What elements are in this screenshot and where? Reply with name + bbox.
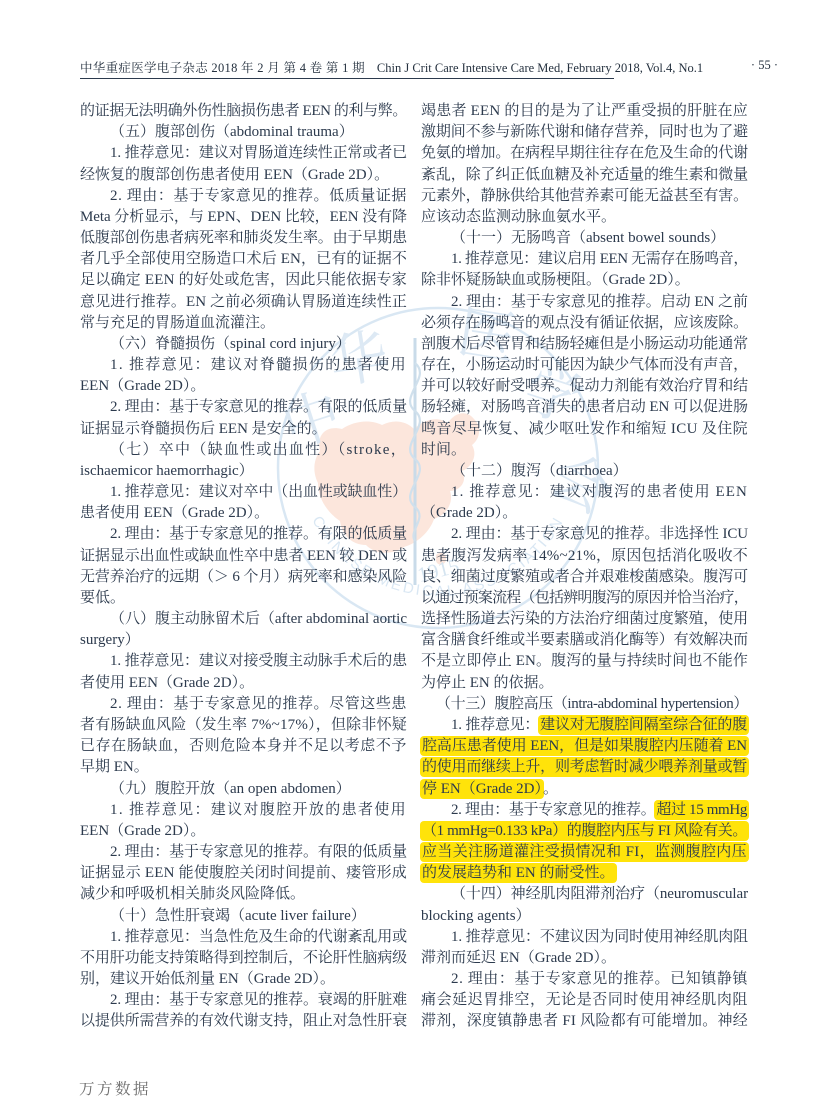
text-line: 肠轻瘫，对肠鸣音消失的患者启动 EN 可以促进肠: [421, 397, 748, 418]
text-line-content: 1. 推荐意见：建议对接受腹主动脉手术后的患: [110, 651, 407, 672]
text-line: 足以确定 EEN 的好处或危害，因此只能依据专家: [80, 270, 407, 291]
text-span: 证据显示脊髓损伤后 EEN 是安全的。: [80, 421, 327, 437]
text-line-content: 良、细菌过度繁殖或者合并艰难梭菌感染。腹泻可: [421, 567, 748, 588]
text-line: 以通过预案流程（包括辨明腹泻的原因并恰当治疗，: [421, 588, 748, 609]
text-span: 1. 推荐意见：当急性危及生命的代谢紊乱用或: [110, 929, 407, 945]
text-span: 要低。: [80, 590, 125, 606]
text-line-content: 意见进行推荐。EN 之前必须确认胃肠道连续性正: [80, 292, 407, 313]
text-span: 无营养治疗的远期（＞ 6 个月）病死率和感染风险: [80, 569, 407, 585]
text-line: （十三）腹腔高压（intra-abdominal hypertension）: [421, 694, 748, 715]
text-span: 存在，小肠运动时可能因为缺少气体而没有声音，: [421, 357, 748, 373]
text-span: 患者使用 EEN（Grade 2D）。: [80, 505, 269, 521]
text-span: 时间。: [421, 442, 466, 458]
text-span: 的证据无法明确外伤性脑损伤患者 EEN 的利与弊。: [80, 103, 407, 119]
page-number: · 55 ·: [751, 58, 778, 73]
text-line-content: 富含膳食纤维或半要素膳或消化酶等）有效解决而: [421, 630, 748, 651]
text-line: （七）卒中（缺血性或出血性）（stroke，: [80, 440, 407, 461]
text-line: EEN（Grade 2D）。: [80, 376, 407, 397]
journal-page: 中华重症医学电子杂志 2018 年 2 月 第 4 卷 第 1 期Chin J …: [0, 0, 825, 1111]
column-left: 的证据无法明确外伤性脑损伤患者 EEN 的利与弊。（五）腹部创伤（abdomin…: [80, 101, 407, 1033]
text-line: 1. 推荐意见：建议对脊髓损伤的患者使用: [80, 355, 407, 376]
text-span: 以提供所需营养的有效代谢支持，阻止对急性肝衰: [80, 1013, 407, 1029]
text-line-content: 1. 推荐意见：不建议因为同时使用神经肌肉阻: [451, 927, 748, 948]
journal-title-en: Chin J Crit Care Intensive Care Med, Feb…: [377, 61, 703, 75]
highlight-span: 超过 15 mmHg: [654, 800, 749, 820]
text-span: （五）腹部创伤（abdominal trauma）: [110, 124, 354, 140]
text-line-content: blocking agents）: [421, 906, 531, 927]
text-line: 的发展趋势和 EN 的耐受性。: [421, 863, 748, 884]
text-span: 以通过预案流程（包括辨明腹泻的原因并恰当治疗，: [421, 590, 748, 606]
text-line-content: 2. 理由：基于专家意见的推荐。非选择性 ICU: [451, 524, 748, 545]
text-span: （十一）无肠鸣音（absent bowel sounds）: [451, 230, 725, 246]
text-line: 1. 推荐意见：当急性危及生命的代谢紊乱用或: [80, 927, 407, 948]
text-span: 1. 推荐意见：建议对脊髓损伤的患者使用: [110, 357, 407, 373]
text-line-content: 剖腹术后尽管胃和结肠轻瘫但是小肠运动功能通常: [421, 334, 748, 355]
text-line: 并可以较好耐受喂养。促动力剂能有效治疗胃和结: [421, 376, 748, 397]
text-line: 证据显示脊髓损伤后 EEN 是安全的。: [80, 419, 407, 440]
text-line-content: ischaemicor haemorrhagic）: [80, 461, 254, 482]
text-line: （十）急性肝衰竭（acute liver failure）: [80, 906, 407, 927]
text-span: blocking agents）: [421, 908, 531, 924]
text-line-content: （十三）腹腔高压（intra-abdominal hypertension）: [436, 694, 748, 715]
text-line: 痛会延迟胃排空，无论是否同时使用神经肌肉阻: [421, 990, 748, 1011]
text-line-content: 证据显示脊髓损伤后 EEN 是安全的。: [80, 419, 327, 440]
text-line: EEN（Grade 2D）。: [80, 821, 407, 842]
text-span: surgery）: [80, 632, 140, 648]
text-span: 患者腹泻发病率 14%~21%，原因包括消化吸收不: [421, 548, 748, 564]
text-line: （十一）无肠鸣音（absent bowel sounds）: [421, 228, 748, 249]
text-line: 者使用 EEN（Grade 2D）。: [80, 673, 407, 694]
text-span: 2. 理由：基于专家意见的推荐。已知镇静镇: [451, 971, 748, 987]
text-line-content: Meta 分析显示，与 EPN、DEN 比较，EEN 没有降: [80, 207, 407, 228]
text-line-content: （九）腹腔开放（an open abdomen）: [110, 779, 351, 800]
text-line-content: 时间。: [421, 440, 466, 461]
text-line-content: 1. 推荐意见：建议启用 EEN 无需存在肠鸣音，: [451, 249, 748, 270]
text-line: 1. 推荐意见：建议对无腹腔间隔室综合征的腹: [421, 715, 748, 736]
text-span: 紊乱，除了纠正低血糖及补充适量的维生素和微量: [421, 167, 748, 183]
text-span: 常与充足的胃肠道血流灌注。: [80, 315, 275, 331]
text-line-content: 停 EN（Grade 2D）。: [421, 779, 558, 800]
text-line: 证据显示 EEN 能使腹腔关闭时间提前、瘘管形成: [80, 863, 407, 884]
text-line-content: 不是立即停止 EN。腹泻的量与持续时间也不能作: [421, 651, 748, 672]
column-right: 竭患者 EEN 的目的是为了让严重受损的肝脏在应激期间不参与新陈代谢和储存营养，…: [421, 101, 748, 1033]
text-span: 2. 理由：基于专家意见的推荐。有限的低质量: [110, 399, 407, 415]
text-line-content: （1 mmHg=0.133 kPa）的腹腔内压与 FI 风险有关。: [421, 821, 748, 842]
text-line-content: 减少和呼吸机相关肺炎风险降低。: [80, 884, 305, 905]
text-line-content: EEN（Grade 2D）。: [80, 376, 205, 397]
text-line-content: 痛会延迟胃排空，无论是否同时使用神经肌肉阻: [421, 990, 748, 1011]
highlight-span: 建议对无腹腔间隔室综合征的腹: [538, 715, 749, 735]
text-span: 并可以较好耐受喂养。促动力剂能有效治疗胃和结: [421, 378, 748, 394]
text-line: 2. 理由：基于专家意见的推荐。已知镇静镇: [421, 969, 748, 990]
text-span: 选择性肠道去污染的方法治疗细菌过度繁殖，使用: [421, 611, 748, 627]
text-line: 以提供所需营养的有效代谢支持，阻止对急性肝衰: [80, 1011, 407, 1032]
text-line: 1. 推荐意见：不建议因为同时使用神经肌肉阻: [421, 927, 748, 948]
text-line-content: 1. 推荐意见：建议对胃肠道连续性正常或者已: [110, 143, 407, 164]
text-line: 1. 推荐意见：建议对腹泻的患者使用 EEN: [421, 482, 748, 503]
text-line: 应当关注肠道灌注受损情况和 FI，监测腹腔内压: [421, 842, 748, 863]
text-span: （九）腹腔开放（an open abdomen）: [110, 781, 351, 797]
text-line: 患者使用 EEN（Grade 2D）。: [80, 503, 407, 524]
text-line-content: 紊乱，除了纠正低血糖及补充适量的维生素和微量: [421, 165, 748, 186]
text-line: 为停止 EN 的依据。: [421, 673, 748, 694]
text-span: 减少和呼吸机相关肺炎风险降低。: [80, 886, 305, 902]
text-line: 2. 理由：基于专家意见的推荐。有限的低质量: [80, 397, 407, 418]
text-line: 停 EN（Grade 2D）。: [421, 779, 748, 800]
text-line: 已存在肠缺血，否则危险本身并不足以考虑不予: [80, 736, 407, 757]
text-line: 富含膳食纤维或半要素膳或消化酶等）有效解决而: [421, 630, 748, 651]
text-span: 必须存在肠鸣音的观点没有循证依据，应该废除。: [421, 315, 748, 331]
text-span: 证据显示出血性或缺血性卒中患者 EEN 较 DEN 或: [80, 548, 407, 564]
text-line: 应该动态监测动脉血氨水平。: [421, 207, 748, 228]
text-line-content: 不用肝功能支持策略得到控制后，不论肝性脑病级: [80, 948, 407, 969]
journal-title-cn: 中华重症医学电子杂志 2018 年 2 月 第 4 卷 第 1 期: [80, 61, 365, 75]
text-line-content: 除非怀疑肠缺血或肠梗阻。（Grade 2D）。: [421, 270, 690, 291]
highlight-span: 腔高压患者使用 EEN，但是如果腹腔内压随着 EN: [420, 736, 749, 756]
text-line-content: 肠轻瘫，对肠鸣音消失的患者启动 EN 可以促进肠: [421, 397, 748, 418]
text-line: （十二）腹泻（diarrhoea）: [421, 461, 748, 482]
highlight-span: 停 EN（Grade 2D）: [420, 779, 544, 799]
text-line-content: 免氨的增加。在病程早期往往存在危及生命的代谢: [421, 143, 748, 164]
text-line-content: 的证据无法明确外伤性脑损伤患者 EEN 的利与弊。: [80, 101, 407, 122]
text-line-content: 鸣音尽早恢复、减少呕吐发作和缩短 ICU 及住院: [421, 419, 748, 440]
text-span: 者有肠缺血风险（发生率 7%~17%），但除非怀疑: [80, 717, 407, 733]
text-span: 1. 推荐意见：建议对腹腔开放的患者使用: [110, 802, 407, 818]
text-line-content: 别，建议开始低剂量 EN（Grade 2D）。: [80, 969, 335, 990]
text-span: ischaemicor haemorrhagic）: [80, 463, 254, 479]
text-span: 2. 理由：基于专家意见的推荐。衰竭的肝脏难: [110, 992, 407, 1008]
text-line-content: 存在，小肠运动时可能因为缺少气体而没有声音，: [421, 355, 748, 376]
text-line: 减少和呼吸机相关肺炎风险降低。: [80, 884, 407, 905]
text-line: 1. 推荐意见：建议对卒中（出血性或缺血性）: [80, 482, 407, 503]
text-span: 足以确定 EEN 的好处或危害，因此只能依据专家: [80, 272, 407, 288]
text-span: 2. 理由：基于专家意见的推荐。启动 EN 之前: [451, 294, 748, 310]
text-line-content: 证据显示 EEN 能使腹腔关闭时间提前、瘘管形成: [80, 863, 407, 884]
text-line-content: 必须存在肠鸣音的观点没有循证依据，应该废除。: [421, 313, 748, 334]
text-line: 的证据无法明确外伤性脑损伤患者 EEN 的利与弊。: [80, 101, 407, 122]
text-span: （十二）腹泻（diarrhoea）: [451, 463, 628, 479]
text-line-content: 滞剂，深度镇静患者 FI 风险都有可能增加。神经: [421, 1011, 748, 1032]
text-line-content: 1. 推荐意见：建议对脊髓损伤的患者使用: [110, 355, 407, 376]
text-line: 滞剂而延迟 EN（Grade 2D）。: [421, 948, 748, 969]
text-line: 2. 理由：基于专家意见的推荐。衰竭的肝脏难: [80, 990, 407, 1011]
text-span: 元素外，静脉供给其他营养素可能无益甚至有害。: [421, 188, 748, 204]
wanfang-watermark: 万方数据: [79, 1077, 151, 1099]
text-line-content: 竭患者 EEN 的目的是为了让严重受损的肝脏在应: [421, 101, 748, 122]
text-line: 经恢复的腹部创伤患者使用 EEN（Grade 2D）。: [80, 165, 407, 186]
text-line: 竭患者 EEN 的目的是为了让严重受损的肝脏在应: [421, 101, 748, 122]
text-line: 者有肠缺血风险（发生率 7%~17%），但除非怀疑: [80, 715, 407, 736]
text-span: 良、细菌过度繁殖或者合并艰难梭菌感染。腹泻可: [421, 569, 748, 585]
text-span: 1. 推荐意见：: [451, 717, 539, 733]
text-line: 要低。: [80, 588, 407, 609]
text-span: 1. 推荐意见：建议对接受腹主动脉手术后的患: [110, 653, 407, 669]
text-line-content: （五）腹部创伤（abdominal trauma）: [110, 122, 354, 143]
text-span: （十）急性肝衰竭（acute liver failure）: [110, 908, 366, 924]
text-line: 别，建议开始低剂量 EN（Grade 2D）。: [80, 969, 407, 990]
text-line: 2. 理由：基于专家意见的推荐。超过 15 mmHg: [421, 800, 748, 821]
text-line-content: 2. 理由：基于专家意见的推荐。有限的低质量: [110, 524, 407, 545]
text-span: 肠轻瘫，对肠鸣音消失的患者启动 EN 可以促进肠: [421, 399, 748, 415]
highlight-span: 应当关注肠道灌注受损情况和 FI，监测腹腔内压: [420, 842, 749, 862]
text-line-content: 并可以较好耐受喂养。促动力剂能有效治疗胃和结: [421, 376, 748, 397]
text-span: 1. 推荐意见：不建议因为同时使用神经肌肉阻: [451, 929, 748, 945]
text-line-content: 以提供所需营养的有效代谢支持，阻止对急性肝衰: [80, 1011, 407, 1032]
text-line: （八）腹主动脉留术后（after abdominal aortic: [80, 609, 407, 630]
text-line-content: 1. 推荐意见：建议对卒中（出血性或缺血性）: [110, 482, 407, 503]
text-line-content: 者有肠缺血风险（发生率 7%~17%），但除非怀疑: [80, 715, 407, 736]
text-span: EEN（Grade 2D）。: [80, 823, 205, 839]
text-line: 鸣音尽早恢复、减少呕吐发作和缩短 ICU 及住院: [421, 419, 748, 440]
text-line-content: 应该动态监测动脉血氨水平。: [421, 207, 616, 228]
text-span: 证据显示 EEN 能使腹腔关闭时间提前、瘘管形成: [80, 865, 407, 881]
text-line-content: 低腹部创伤患者病死率和肺炎发生率。由于早期患: [80, 228, 407, 249]
text-line: 2. 理由：基于专家意见的推荐。非选择性 ICU: [421, 524, 748, 545]
text-span: 不用肝功能支持策略得到控制后，不论肝性脑病级: [80, 950, 407, 966]
text-span: 鸣音尽早恢复、减少呕吐发作和缩短 ICU 及住院: [421, 421, 748, 437]
text-line-content: 经恢复的腹部创伤患者使用 EEN（Grade 2D）。: [80, 165, 389, 186]
text-line: 不是立即停止 EN。腹泻的量与持续时间也不能作: [421, 651, 748, 672]
text-line: 不用肝功能支持策略得到控制后，不论肝性脑病级: [80, 948, 407, 969]
text-line: （1 mmHg=0.133 kPa）的腹腔内压与 FI 风险有关。: [421, 821, 748, 842]
text-span: 2. 理由：基于专家意见的推荐。低质量证据: [110, 188, 407, 204]
text-span: 1. 推荐意见：建议对卒中（出血性或缺血性）: [110, 484, 407, 500]
text-line-content: 滞剂而延迟 EN（Grade 2D）。: [421, 948, 616, 969]
page-header: 中华重症医学电子杂志 2018 年 2 月 第 4 卷 第 1 期Chin J …: [80, 58, 778, 74]
text-line: surgery）: [80, 630, 407, 651]
text-span: 为停止 EN 的依据。: [421, 675, 554, 691]
text-line-content: 2. 理由：基于专家意见的推荐。衰竭的肝脏难: [110, 990, 407, 1011]
text-span: 竭患者 EEN 的目的是为了让严重受损的肝脏在应: [421, 103, 748, 119]
text-span: 意见进行推荐。EN 之前必须确认胃肠道连续性正: [80, 294, 407, 310]
text-span: 滞剂而延迟 EN（Grade 2D）。: [421, 950, 616, 966]
text-line-content: EEN（Grade 2D）。: [80, 821, 205, 842]
text-line: （十四）神经肌肉阻滞剂治疗（neuromuscular: [421, 884, 748, 905]
text-span: 剖腹术后尽管胃和结肠轻瘫但是小肠运动功能通常: [421, 336, 748, 352]
text-line: 腔高压患者使用 EEN，但是如果腹腔内压随着 EN: [421, 736, 748, 757]
text-span: 2. 理由：基于专家意见的推荐。: [451, 802, 655, 818]
text-line-content: 1. 推荐意见：建议对腹腔开放的患者使用: [110, 800, 407, 821]
text-line: 必须存在肠鸣音的观点没有循证依据，应该废除。: [421, 313, 748, 334]
text-span: （十四）神经肌肉阻滞剂治疗（neuromuscular: [451, 886, 748, 902]
text-line: 证据显示出血性或缺血性卒中患者 EEN 较 DEN 或: [80, 546, 407, 567]
text-line-content: 的发展趋势和 EN 的耐受性。: [421, 863, 616, 884]
text-line-content: 常与充足的胃肠道血流灌注。: [80, 313, 275, 334]
text-line: 2. 理由：基于专家意见的推荐。有限的低质量: [80, 524, 407, 545]
text-line: 患者腹泻发病率 14%~21%，原因包括消化吸收不: [421, 546, 748, 567]
text-line: 2. 理由：基于专家意见的推荐。有限的低质量: [80, 842, 407, 863]
text-line: 1. 推荐意见：建议启用 EEN 无需存在肠鸣音，: [421, 249, 748, 270]
text-line-content: 选择性肠道去污染的方法治疗细菌过度繁殖，使用: [421, 609, 748, 630]
text-span: 1. 推荐意见：建议启用 EEN 无需存在肠鸣音，: [451, 251, 748, 267]
text-line-content: 2. 理由：基于专家意见的推荐。已知镇静镇: [451, 969, 748, 990]
text-span: 痛会延迟胃排空，无论是否同时使用神经肌肉阻: [421, 992, 748, 1008]
text-span: Meta 分析显示，与 EPN、DEN 比较，EEN 没有降: [80, 209, 407, 225]
text-line-content: 早期 EN。: [80, 757, 149, 778]
text-line-content: 2. 理由：基于专家意见的推荐。启动 EN 之前: [451, 292, 748, 313]
text-line-content: 应当关注肠道灌注受损情况和 FI，监测腹腔内压: [421, 842, 748, 863]
text-line: （六）脊髓损伤（spinal cord injury）: [80, 334, 407, 355]
text-span: 富含膳食纤维或半要素膳或消化酶等）有效解决而: [421, 632, 748, 648]
text-line: 时间。: [421, 440, 748, 461]
highlight-span: 的发展趋势和 EN 的耐受性。: [420, 863, 617, 883]
text-line: 1. 推荐意见：建议对胃肠道连续性正常或者已: [80, 143, 407, 164]
text-span: （十三）腹腔高压（intra-abdominal hypertension）: [436, 696, 748, 712]
text-line: ischaemicor haemorrhagic）: [80, 461, 407, 482]
text-line: blocking agents）: [421, 906, 748, 927]
text-line: 免氨的增加。在病程早期往往存在危及生命的代谢: [421, 143, 748, 164]
text-span: 别，建议开始低剂量 EN（Grade 2D）。: [80, 971, 335, 987]
text-line: 紊乱，除了纠正低血糖及补充适量的维生素和微量: [421, 165, 748, 186]
text-span: （Grade 2D）。: [421, 505, 517, 521]
text-span: 者使用 EEN（Grade 2D）。: [80, 675, 254, 691]
text-line-content: 元素外，静脉供给其他营养素可能无益甚至有害。: [421, 186, 748, 207]
text-span: 。: [543, 781, 558, 797]
text-line-content: （Grade 2D）。: [421, 503, 517, 524]
text-line-content: 2. 理由：基于专家意见的推荐。尽管这些患: [110, 694, 407, 715]
text-line: 滞剂，深度镇静患者 FI 风险都有可能增加。神经: [421, 1011, 748, 1032]
text-span: 经恢复的腹部创伤患者使用 EEN（Grade 2D）。: [80, 167, 389, 183]
text-line: 2. 理由：基于专家意见的推荐。尽管这些患: [80, 694, 407, 715]
text-span: 2. 理由：基于专家意见的推荐。尽管这些患: [110, 696, 407, 712]
text-line-content: （十）急性肝衰竭（acute liver failure）: [110, 906, 366, 927]
text-line-content: 无营养治疗的远期（＞ 6 个月）病死率和感染风险: [80, 567, 407, 588]
text-span: EEN（Grade 2D）。: [80, 378, 205, 394]
text-line-content: 2. 理由：基于专家意见的推荐。有限的低质量: [110, 397, 407, 418]
text-line-content: 患者使用 EEN（Grade 2D）。: [80, 503, 269, 524]
text-line-content: 者几乎全部使用空肠造口术后 EN，已有的证据不: [80, 249, 407, 270]
text-line-content: 已存在肠缺血，否则危险本身并不足以考虑不予: [80, 736, 407, 757]
text-span: 早期 EN。: [80, 759, 149, 775]
text-span: 1. 推荐意见：建议对胃肠道连续性正常或者已: [110, 145, 407, 161]
text-line-content: 2. 理由：基于专家意见的推荐。有限的低质量: [110, 842, 407, 863]
text-span: 已存在肠缺血，否则危险本身并不足以考虑不予: [80, 738, 407, 754]
text-line: 剖腹术后尽管胃和结肠轻瘫但是小肠运动功能通常: [421, 334, 748, 355]
text-line-content: 1. 推荐意见：建议对无腹腔间隔室综合征的腹: [451, 715, 748, 736]
text-line-content: （十二）腹泻（diarrhoea）: [451, 461, 628, 482]
text-line-content: （十四）神经肌肉阻滞剂治疗（neuromuscular: [451, 884, 748, 905]
text-line: 良、细菌过度繁殖或者合并艰难梭菌感染。腹泻可: [421, 567, 748, 588]
text-line-content: 1. 推荐意见：当急性危及生命的代谢紊乱用或: [110, 927, 407, 948]
header-rule: [80, 78, 614, 79]
text-line-content: 激期间不参与新陈代谢和储存营养，同时也为了避: [421, 122, 748, 143]
text-span: 免氨的增加。在病程早期往往存在危及生命的代谢: [421, 145, 748, 161]
text-line-content: 腔高压患者使用 EEN，但是如果腹腔内压随着 EN: [421, 736, 748, 757]
text-span: 应该动态监测动脉血氨水平。: [421, 209, 616, 225]
text-line: 选择性肠道去污染的方法治疗细菌过度繁殖，使用: [421, 609, 748, 630]
text-line: （Grade 2D）。: [421, 503, 748, 524]
text-span: 激期间不参与新陈代谢和储存营养，同时也为了避: [421, 124, 748, 140]
text-line-content: 要低。: [80, 588, 125, 609]
text-line-content: surgery）: [80, 630, 140, 651]
text-line: 2. 理由：基于专家意见的推荐。低质量证据: [80, 186, 407, 207]
text-line: （五）腹部创伤（abdominal trauma）: [80, 122, 407, 143]
text-line-content: 足以确定 EEN 的好处或危害，因此只能依据专家: [80, 270, 407, 291]
text-span: 1. 推荐意见：建议对腹泻的患者使用 EEN: [451, 484, 748, 500]
text-line-content: 2. 理由：基于专家意见的推荐。低质量证据: [110, 186, 407, 207]
text-span: 除非怀疑肠缺血或肠梗阻。（Grade 2D）。: [421, 272, 690, 288]
text-line: 除非怀疑肠缺血或肠梗阻。（Grade 2D）。: [421, 270, 748, 291]
text-line-content: 者使用 EEN（Grade 2D）。: [80, 673, 254, 694]
text-line: 者几乎全部使用空肠造口术后 EN，已有的证据不: [80, 249, 407, 270]
text-line: 存在，小肠运动时可能因为缺少气体而没有声音，: [421, 355, 748, 376]
text-span: 滞剂，深度镇静患者 FI 风险都有可能增加。神经: [421, 1013, 748, 1029]
text-span: 2. 理由：基于专家意见的推荐。非选择性 ICU: [451, 526, 748, 542]
text-line: 无营养治疗的远期（＞ 6 个月）病死率和感染风险: [80, 567, 407, 588]
text-line-content: 患者腹泻发病率 14%~21%，原因包括消化吸收不: [421, 546, 748, 567]
text-line-content: 1. 推荐意见：建议对腹泻的患者使用 EEN: [451, 482, 748, 503]
text-line-content: （六）脊髓损伤（spinal cord injury）: [110, 334, 351, 355]
text-line-content: 2. 理由：基于专家意见的推荐。超过 15 mmHg: [451, 800, 748, 821]
text-line: 早期 EN。: [80, 757, 407, 778]
text-span: 2. 理由：基于专家意见的推荐。有限的低质量: [110, 844, 407, 860]
text-line: 意见进行推荐。EN 之前必须确认胃肠道连续性正: [80, 292, 407, 313]
text-line-content: （八）腹主动脉留术后（after abdominal aortic: [110, 609, 407, 630]
text-span: 不是立即停止 EN。腹泻的量与持续时间也不能作: [421, 653, 748, 669]
highlight-span: （1 mmHg=0.133 kPa）的腹腔内压与 FI 风险有关。: [420, 821, 749, 841]
text-span: （六）脊髓损伤（spinal cord injury）: [110, 336, 351, 352]
text-span: 低腹部创伤患者病死率和肺炎发生率。由于早期患: [80, 230, 407, 246]
text-line: （九）腹腔开放（an open abdomen）: [80, 779, 407, 800]
text-line: 1. 推荐意见：建议对接受腹主动脉手术后的患: [80, 651, 407, 672]
text-line: 1. 推荐意见：建议对腹腔开放的患者使用: [80, 800, 407, 821]
text-line: 低腹部创伤患者病死率和肺炎发生率。由于早期患: [80, 228, 407, 249]
text-line-content: 的使用而继续上升，则考虑暂时减少喂养剂量或暂: [421, 757, 748, 778]
text-line: 激期间不参与新陈代谢和储存营养，同时也为了避: [421, 122, 748, 143]
text-line: 常与充足的胃肠道血流灌注。: [80, 313, 407, 334]
text-span: 2. 理由：基于专家意见的推荐。有限的低质量: [110, 526, 407, 542]
text-line-content: （十一）无肠鸣音（absent bowel sounds）: [451, 228, 725, 249]
text-line: 的使用而继续上升，则考虑暂时减少喂养剂量或暂: [421, 757, 748, 778]
text-line-content: 证据显示出血性或缺血性卒中患者 EEN 较 DEN 或: [80, 546, 407, 567]
text-span: （七）卒中（缺血性或出血性）（stroke，: [110, 442, 407, 458]
text-line: 2. 理由：基于专家意见的推荐。启动 EN 之前: [421, 292, 748, 313]
text-line-content: （七）卒中（缺血性或出血性）（stroke，: [110, 440, 407, 461]
text-span: （八）腹主动脉留术后（after abdominal aortic: [110, 611, 407, 627]
text-line-content: 以通过预案流程（包括辨明腹泻的原因并恰当治疗，: [421, 588, 748, 609]
text-line-content: 为停止 EN 的依据。: [421, 673, 554, 694]
text-line: 元素外，静脉供给其他营养素可能无益甚至有害。: [421, 186, 748, 207]
highlight-span: 的使用而继续上升，则考虑暂时减少喂养剂量或暂: [420, 757, 749, 777]
text-span: 者几乎全部使用空肠造口术后 EN，已有的证据不: [80, 251, 407, 267]
text-line: Meta 分析显示，与 EPN、DEN 比较，EEN 没有降: [80, 207, 407, 228]
